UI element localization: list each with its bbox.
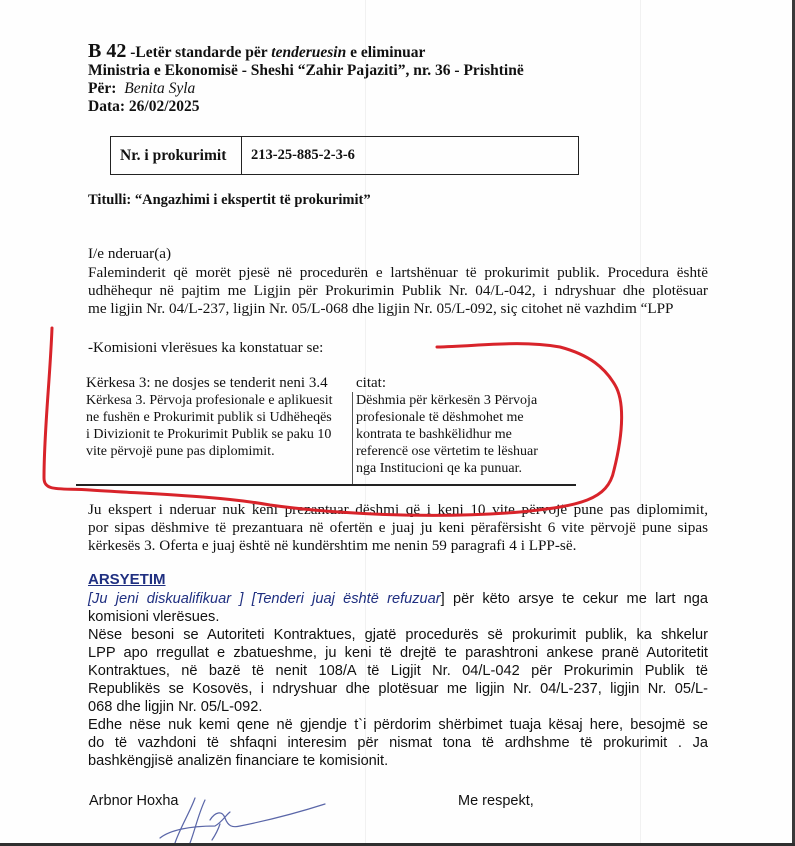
form-code: B 42 — [88, 40, 126, 62]
salutation: I/e nderuar(a) — [88, 245, 171, 263]
requirement-header: Kërkesa 3: ne dosjes se tenderit neni 3.… — [86, 374, 348, 392]
disqualified-option: [Ju jeni diskualifikuar ] — [88, 591, 243, 607]
table-divider — [352, 392, 353, 485]
subject-line: Titulli: “Angazhimi i ekspertit të proku… — [88, 192, 371, 209]
subject-label: Titulli: — [88, 192, 131, 208]
procurement-number-box: Nr. i prokurimit 213-25-885-2-3-6 — [110, 136, 579, 175]
citation-column: citat: Dëshmia për kërkesën 3 Përvoja pr… — [356, 374, 576, 477]
procurement-number-value: 213-25-885-2-3-6 — [242, 137, 355, 174]
subject-value: “Angazhimi i ekspertit të prokurimit” — [135, 192, 371, 208]
citation-header: citat: — [356, 374, 576, 392]
recipient-line: Për: Benita Syla — [88, 80, 195, 98]
letter-title: B 42 -Letër standarde për tenderuesin e … — [88, 42, 425, 62]
intro-paragraph: Faleminderit që morët pjesë në procedurë… — [88, 264, 708, 318]
date-value: 26/02/2025 — [129, 98, 200, 115]
ministry-address: Ministria e Ekonomisë - Sheshi “Zahir Pa… — [88, 62, 524, 80]
procurement-number-label: Nr. i prokurimit — [111, 137, 242, 174]
requirement-column: Kërkesa 3: ne dosjes se tenderit neni 3.… — [86, 374, 348, 460]
finding-paragraph: Ju ekspert i nderuar nuk keni prezantuar… — [88, 501, 708, 555]
reasoning-heading: ARSYETIM — [88, 571, 166, 588]
table-bottom-rule — [76, 484, 576, 486]
signatory-name: Arbnor Hoxha — [89, 793, 178, 809]
reasoning-paragraph: [Ju jeni diskualifikuar ] [Tenderi juaj … — [88, 590, 708, 770]
recipient-label: Për: — [88, 80, 116, 97]
commission-heading: -Komisioni vlerësues ka konstatuar se: — [88, 339, 323, 357]
date-line: Data: 26/02/2025 — [88, 98, 200, 116]
date-label: Data: — [88, 98, 125, 115]
rejected-option: [Tenderi juaj është refuzuar — [252, 591, 441, 607]
title-italic: tenderuesin — [271, 44, 346, 61]
closing-salutation: Me respekt, — [458, 793, 534, 809]
recipient-name: Benita Syla — [124, 80, 195, 97]
